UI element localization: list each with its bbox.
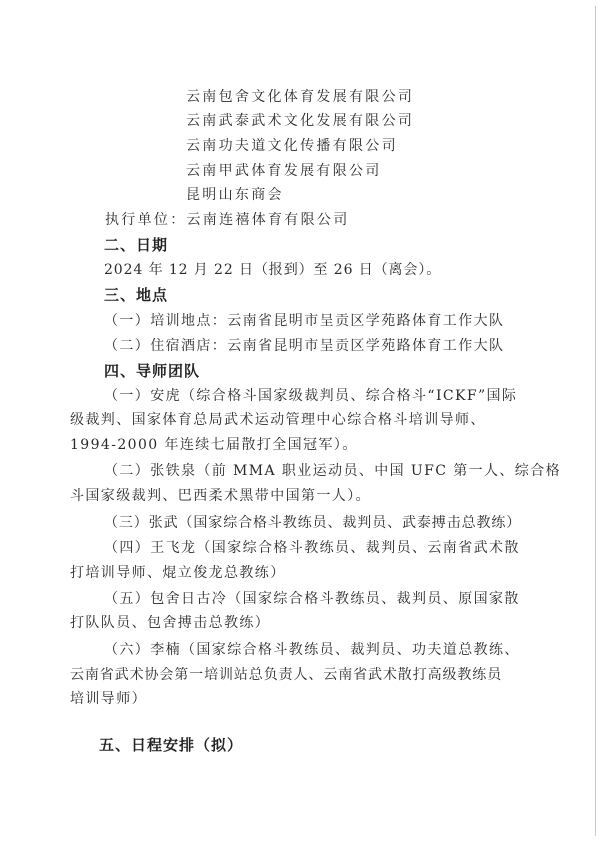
mentor-3-line-1: （三）张武（国家综合格斗教练员、裁判员、武泰搏击总教练） (104, 514, 521, 532)
mentor-1-line-3: 1994-2000 年连续七届散打全国冠军）。 (70, 436, 358, 454)
organizer-company-5: 昆明山东商会 (186, 186, 284, 204)
location-hotel: （二）住宿酒店：云南省昆明市呈贡区学苑路体育工作大队 (104, 337, 504, 355)
organizer-company-2: 云南武泰武术文化发展有限公司 (186, 112, 414, 130)
mentor-2-line-1: （二）张铁泉（前 MMA 职业运动员、中国 UFC 第一人、综合格 (104, 462, 561, 480)
mentor-1-line-1: （一）安虎（综合格斗国家级裁判员、综合格斗“ICKF”国际 (104, 387, 517, 405)
mentor-2-line-2: 斗国家级裁判、巴西柔术黑带中国第一人）。 (70, 487, 371, 505)
mentor-6-line-1: （六）李楠（国家综合格斗教练员、裁判员、功夫道总教练、 (104, 641, 520, 659)
mentor-5-line-1: （五）包舍日古冷（国家综合格斗教练员、裁判员、原国家散 (104, 590, 520, 608)
mentor-6-line-2: 云南省武术协会第一培训站总负责人、云南省武术散打高级教练员 (70, 666, 502, 684)
mentor-1-line-2: 级裁判、国家体育总局武术运动管理中心综合格斗培训导师、 (70, 411, 486, 429)
mentor-4-line-2: 打培训导师、焜立俊龙总教练） (70, 564, 286, 582)
executor-label: 执行单位： (105, 212, 187, 228)
executor-name: 云南连禧体育有限公司 (187, 212, 350, 228)
organizer-company-1: 云南包舍文化体育发展有限公司 (186, 88, 414, 106)
organizer-company-4: 云南甲武体育发展有限公司 (186, 162, 382, 180)
scan-page-edge (595, 6, 596, 836)
date-text: 2024 年 12 月 22 日（报到）至 26 日（离会）。 (104, 261, 441, 279)
section-heading-schedule: 五、日程安排（拟） (99, 736, 243, 754)
section-heading-date: 二、日期 (104, 236, 168, 254)
section-heading-location: 三、地点 (104, 286, 168, 304)
location-training: （一）培训地点：云南省昆明市呈贡区学苑路体育工作大队 (104, 312, 504, 330)
section-heading-mentors: 四、导师团队 (104, 362, 200, 380)
mentor-5-line-2: 打队队员、包舍搏击总教练） (70, 614, 270, 632)
mentor-6-line-3: 培训导师） (70, 690, 147, 708)
executor-row: 执行单位：云南连禧体育有限公司 (105, 211, 350, 229)
mentor-4-line-1: （四）王飞龙（国家综合格斗教练员、裁判员、云南省武术散 (104, 539, 520, 557)
organizer-company-3: 云南功夫道文化传播有限公司 (186, 137, 398, 155)
